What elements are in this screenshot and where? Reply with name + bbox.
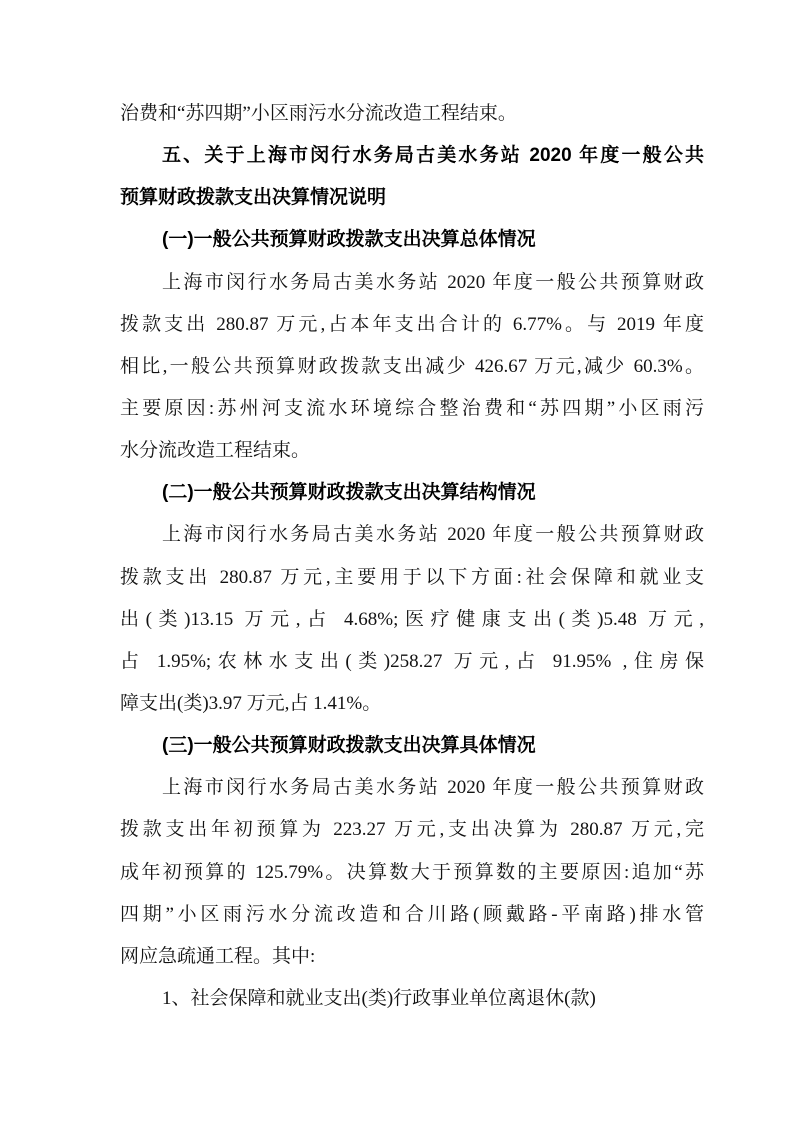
body-line: 成年初预算的 125.79%。决算数大于预算数的主要原因:追加“苏 xyxy=(120,852,704,894)
body-line: 拨款支出 280.87 万元,占本年支出合计的 6.77%。与 2019 年度 xyxy=(120,304,704,346)
paragraph-continuation-line: 治费和“苏四期”小区雨污水分流改造工程结束。 xyxy=(120,93,704,135)
body-line: 上海市闵行水务局古美水务站 2020 年度一般公共预算财政 xyxy=(120,262,704,304)
body-line: 障支出(类)3.97 万元,占 1.41%。 xyxy=(120,683,704,725)
list-item-line: 1、社会保障和就业支出(类)行政事业单位离退休(款) xyxy=(120,978,704,1020)
body-line: 主要原因:苏州河支流水环境综合整治费和“苏四期”小区雨污 xyxy=(120,388,704,430)
body-line: 出(类)13.15 万元,占 4.68%;医疗健康支出(类)5.48 万元, xyxy=(120,599,704,641)
body-line: 占 1.95%;农林水支出(类)258.27 万元,占 91.95% ,住房保 xyxy=(120,641,704,683)
subsection-heading-2: (二)一般公共预算财政拨款支出决算结构情况 xyxy=(120,472,704,514)
body-line: 拨款支出年初预算为 223.27 万元,支出决算为 280.87 万元,完 xyxy=(120,809,704,851)
body-line: 上海市闵行水务局古美水务站 2020 年度一般公共预算财政 xyxy=(120,767,704,809)
body-line: 网应急疏通工程。其中: xyxy=(120,936,704,978)
body-line: 水分流改造工程结束。 xyxy=(120,430,704,472)
body-line: 上海市闵行水务局古美水务站 2020 年度一般公共预算财政 xyxy=(120,514,704,556)
document-text-block: 治费和“苏四期”小区雨污水分流改造工程结束。 五、关于上海市闵行水务局古美水务站… xyxy=(120,93,704,1020)
subsection-heading-3: (三)一般公共预算财政拨款支出决算具体情况 xyxy=(120,725,704,767)
body-line: 相比,一般公共预算财政拨款支出减少 426.67 万元,减少 60.3%。 xyxy=(120,346,704,388)
section-heading-line-1: 五、关于上海市闵行水务局古美水务站 2020 年度一般公共 xyxy=(120,135,704,177)
body-line: 拨款支出 280.87 万元,主要用于以下方面:社会保障和就业支 xyxy=(120,557,704,599)
section-heading-line-2: 预算财政拨款支出决算情况说明 xyxy=(120,177,704,219)
document-page: 治费和“苏四期”小区雨污水分流改造工程结束。 五、关于上海市闵行水务局古美水务站… xyxy=(0,0,793,1122)
subsection-heading-1: (一)一般公共预算财政拨款支出决算总体情况 xyxy=(120,219,704,261)
body-line: 四期”小区雨污水分流改造和合川路(顾戴路-平南路)排水管 xyxy=(120,894,704,936)
